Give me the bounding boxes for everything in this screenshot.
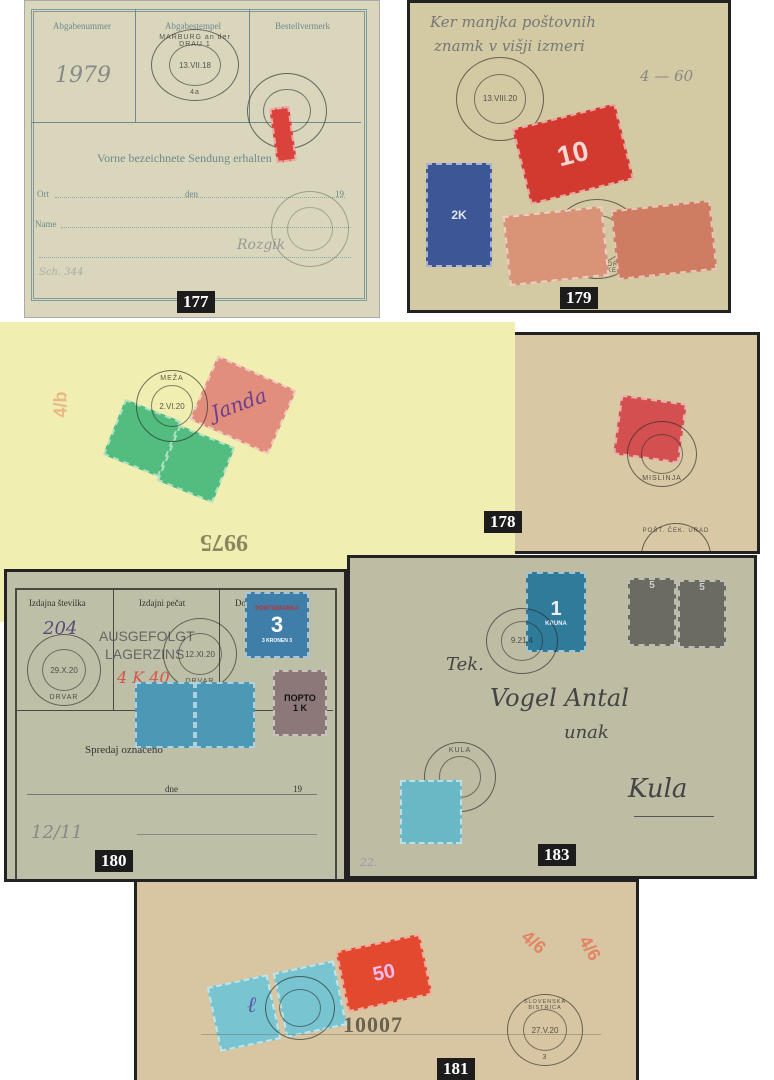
lot-number-179: 179	[560, 287, 598, 309]
sendung-text: Vorne bezeichnete Sendung erhalten	[97, 151, 272, 166]
handwritten-note: Sch. 344	[39, 267, 83, 278]
postmark-faded	[271, 191, 349, 267]
stamp-porto-1k: ПОРТО 1 K	[273, 670, 327, 736]
postmark-slovenska-bistrica: SLOVENSKA BISTRICA 27.V.20 3	[507, 994, 583, 1066]
handwritten-date-note: 12/11	[31, 822, 83, 843]
label-name: Name	[35, 219, 57, 229]
lot-number-183: 183	[538, 844, 576, 866]
handwritten-line1: Ker manjka poštovnih	[430, 13, 596, 31]
label-ort: Ort	[37, 189, 49, 199]
stamp-blue-pair-right	[195, 682, 255, 748]
lot-number-181: 181	[437, 1058, 475, 1080]
lot-number-177: 177	[177, 291, 215, 313]
stamp-blue-2k: 2K	[426, 163, 492, 267]
postmark-marburg-1: MARBURG an der DRAU 1 13.VII.18 4a	[151, 29, 239, 101]
header-bestellvermerk: Bestellvermerk	[275, 21, 330, 31]
address-city: Kula	[628, 774, 687, 804]
postmark-drvar-1: 29.X.20 DRVAR	[27, 634, 101, 706]
stamp-grey-5-left: 5	[628, 578, 676, 646]
postmark-mislinja: MISLINJA	[627, 421, 697, 487]
label-year: 19	[293, 784, 302, 794]
handwritten-amounts: 4 — 60	[640, 67, 693, 85]
address-name: Vogel Antal	[490, 684, 629, 712]
stamp-blue-pair-left	[135, 682, 195, 748]
corner-note: 22.	[360, 856, 378, 869]
postmark-date: 9.21.4	[486, 608, 558, 674]
header-abgabenummer: Abgabenummer	[53, 21, 111, 31]
lot-181-card: 50 ℓ 10007 4/6 4/6 SLOVENSKA BISTRICA 27…	[134, 879, 639, 1080]
handwritten-number: 1979	[55, 63, 111, 88]
purple-cancel: ℓ	[247, 992, 256, 1018]
stamp-grey-5-right: 5	[678, 580, 726, 648]
stamp-red-50: 50	[335, 934, 432, 1013]
lot-178-back-card: MISLINJA POŠT. ČEK. URAD	[515, 332, 760, 554]
header-izdajni-pecat: Izdajni pečat	[139, 598, 185, 608]
lot-177-card: Abgabenummer Abgabestempel Bestellvermer…	[24, 0, 380, 318]
stamp-orange-pair-right	[611, 200, 718, 280]
stamp-blue-red-overprint	[400, 780, 462, 844]
stamp-orange-pair-left	[503, 206, 610, 286]
handwritten-line2: znamk v višji izmeri	[434, 37, 585, 55]
label-dne: dne	[165, 784, 178, 794]
lot-183-card: 1 KRUNA 5 5 9.21.4 KULA Tek. Vogel Antal…	[347, 555, 757, 879]
postmark-meza: MEŽA 2.VI.20	[136, 370, 208, 442]
postmark-bistrica-stamp	[265, 976, 335, 1040]
address-line3: unak	[564, 722, 609, 743]
red-marking-1: 4/6	[517, 926, 550, 958]
lot-179-card: Ker manjka poštovnih znamk v višji izmer…	[407, 0, 731, 313]
postmark-drvar-2: 12.XI.20 DRVAR	[163, 618, 237, 690]
red-marking-2: 4/6	[574, 932, 605, 964]
address-tek: Tek.	[446, 654, 484, 675]
numeral-marking: 9975	[200, 528, 248, 555]
header-izdajna-stevilka: Izdajna številka	[29, 598, 86, 608]
stamp-blue-portomarka-3: PORTOMARKA 3 3 KRONEN 3	[245, 592, 309, 658]
lot-180-card: Izdajna številka Izdajni pečat Dostavna …	[4, 569, 347, 882]
lot-number-180: 180	[95, 850, 133, 872]
lot-number-178: 178	[484, 511, 522, 533]
red-marking: 4/b	[51, 391, 72, 417]
postmark-post-cek-urad: POŠT. ČEK. URAD	[641, 523, 711, 554]
